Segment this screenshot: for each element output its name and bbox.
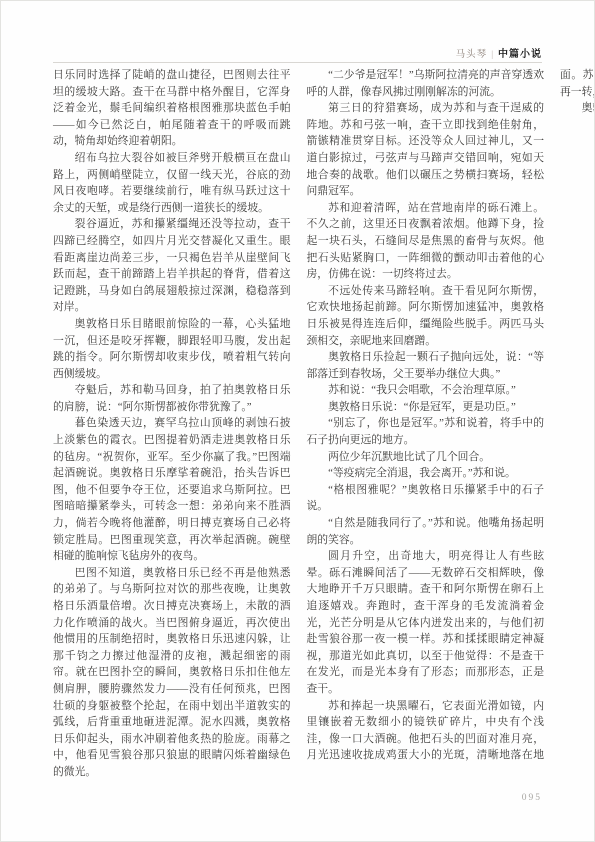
paragraph: 圆月升空，出奇地大，明亮得让人有些眩晕。砾石滩瞬间活了——无数碎石交相辉映，像大…: [307, 548, 545, 697]
paragraph: “自然是随我同行了。”苏和说。他嘴角扬起明朗的笑容。: [307, 515, 545, 548]
paragraph: 奥敦格日乐说：“你是冠军，更是功臣。”: [307, 399, 545, 416]
paragraph: 暮色染透天边，赛罕乌拉山顶峰的剥蚀石披上淡紫色的霞衣。巴图提着奶酒走进奥敦格日乐…: [53, 415, 291, 564]
paragraph: 奥敦格日乐捡起一颗石子抛向远处，说：“等部落迁到春牧场，父王要举办继位大典。”: [307, 349, 545, 382]
magazine-page: 马头琴 | 中篇小说 日乐同时选择了陡峭的盘山捷径，巴图则去往平坦的缓坡大路。查…: [0, 0, 595, 842]
paragraph: 苏和迎着清晖，站在营地南岸的砾石滩上。不久之前，这里还日夜飘着浓烟。他蹲下身，捡…: [307, 200, 545, 283]
paragraph: 绍布乌拉大裂谷如被巨斧劈开般横亘在盘山路上，两侧峭壁陡立，仅留一线天光，谷底的劲…: [53, 150, 291, 216]
running-head: 马头琴 | 中篇小说: [456, 45, 542, 60]
paragraph: “格根图雅呢？”奥敦格日乐攥紧手中的石子说。: [307, 482, 545, 515]
page-number: 095: [522, 793, 542, 803]
text-columns: 日乐同时选择了陡峭的盘山捷径，巴图则去往平坦的缓坡大路。查干在马群中格外醒目，它…: [53, 67, 544, 785]
section-name: 中篇小说: [498, 45, 542, 60]
header-rule: [53, 62, 542, 63]
paragraph: 两位少年沉默地比试了几个回合。: [307, 449, 545, 466]
paragraph: 奥敦格日乐目睹眼前惊险的一幕，心头猛地一沉，但还是咬牙挥鞭，脚跟轻叩马腹，发出起…: [53, 316, 291, 382]
paragraph: “等疫病完全消退，我会离开。”苏和说。: [307, 465, 545, 482]
paragraph: 夺魁后，苏和勒马回身，拍了拍奥敦格日乐的肩膀，说：“阿尔斯愣都被你带犹豫了。”: [53, 382, 291, 415]
paragraph: 巴图不知道，奥敦格日乐已经不再是他熟悉的弟弟了。与乌斯阿拉对饮的那些夜晚，让奥敦…: [53, 565, 291, 781]
paragraph: 奥敦格日乐在苏和身旁坐下，两个人肩头: [560, 100, 595, 117]
paragraph: 不远处传来马蹄轻响。查干看见阿尔斯愣，它欢快地扬起前蹄。阿尔斯愣加速猛冲，奥敦格…: [307, 283, 545, 349]
journal-title: 马头琴: [456, 46, 488, 60]
paragraph: 第三日的狩猎赛场，成为苏和与查干逞威的阵地。苏和弓弦一响，查干立即找到绝佳射角，…: [307, 100, 545, 200]
paragraph: 裂谷逼近，苏和攥紧缰绳还没等拉动，查干四蹄已经腾空，如四片月光交替凝化又重生。眼…: [53, 216, 291, 316]
paragraph: 苏和说：“我只会唱歌，不会治理草原。”: [307, 382, 545, 399]
header-divider: |: [491, 49, 494, 59]
paragraph: 日乐同时选择了陡峭的盘山捷径，巴图则去往平坦的缓坡大路。查干在马群中格外醒目，它…: [53, 67, 291, 150]
paragraph: “别忘了，你也是冠军。”苏和说着，将手中的石子扔向更远的地方。: [307, 415, 545, 448]
paragraph: “二少爷是冠军！”乌斯阿拉清亮的声音穿透欢呼的人群，像春风拂过刚刚解冻的河流。: [307, 67, 545, 100]
